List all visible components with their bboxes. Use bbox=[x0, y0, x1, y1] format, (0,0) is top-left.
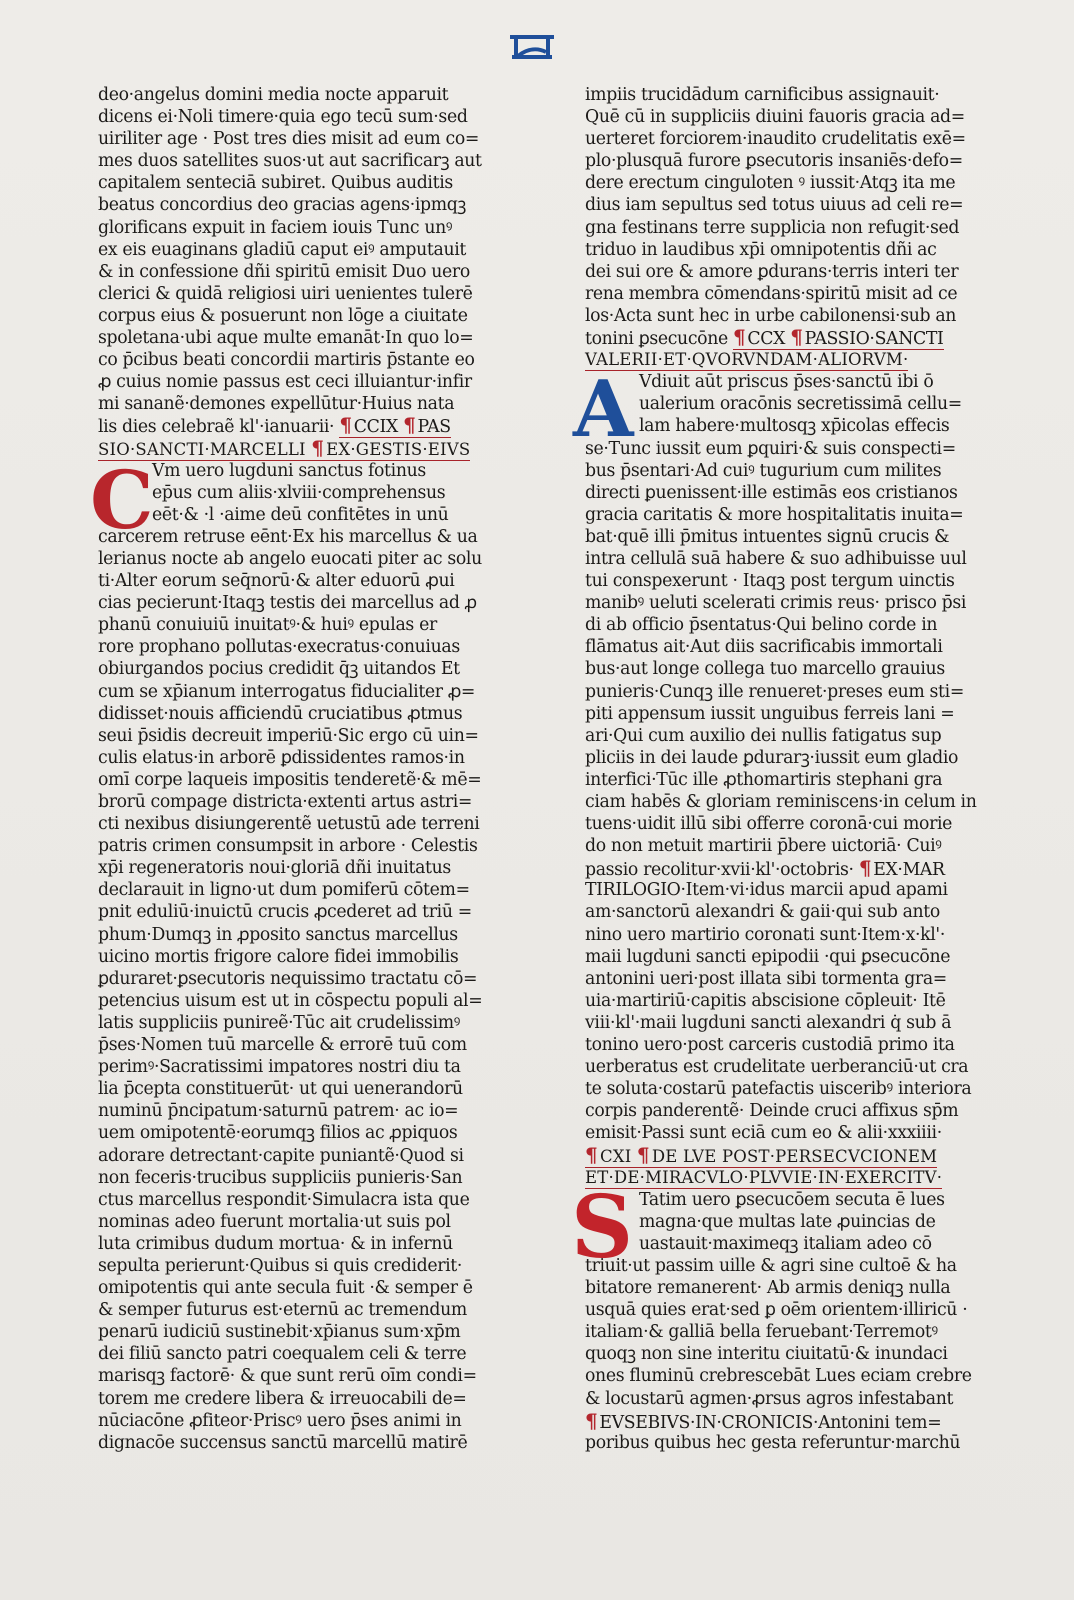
pilcrow-icon: ¶ bbox=[585, 1143, 598, 1167]
text-line: emisit·Passi sunt eciā cum eo & alii·xxx… bbox=[585, 1122, 985, 1144]
text-line: omī corpe laqueis impositis tenderetẽ·& … bbox=[98, 769, 494, 791]
text-line: bat·quē illi p̄mitus intuentes signū cru… bbox=[585, 526, 985, 548]
text-line: brorū compage districta·extenti artus as… bbox=[98, 791, 494, 813]
text-line: usquā quies erat·sed ꝑ oēm orientem·illi… bbox=[585, 1299, 985, 1321]
text-line: dignacōe succensus sanctū marcellū matir… bbox=[98, 1432, 494, 1454]
text-line: nino uero martirio coronati sunt·Item·x·… bbox=[585, 924, 985, 946]
text-line: plo·plusquā furore ꝑsecutoris insaniēs·d… bbox=[585, 150, 985, 172]
rubric-line: lis dies celebraẽ kl'·ianuarii· ¶CCIX ¶P… bbox=[98, 415, 494, 437]
text-line: di ab officio p̄sentatus·Qui belino cord… bbox=[585, 614, 985, 636]
text-line: eēt·& ·l ·aime deū confitētes in unū bbox=[98, 504, 494, 526]
chapter-title-cont: SIO·SANCTI·MARCELLI ¶EX·GESTIS·EIVS bbox=[98, 438, 470, 461]
text-line: corpus eius & posuerunt non lōge a ciuit… bbox=[98, 305, 494, 327]
text-line: marisqꝫ factorē· & que sunt rerū oīm con… bbox=[98, 1365, 494, 1387]
text-line: triduo in laudibus xp̄i omnipotentis dñi… bbox=[585, 239, 985, 261]
text-fragment: Antonini tem= bbox=[818, 1413, 941, 1433]
text-line: bitatore remanerent· Ab armis deniqꝫ nul… bbox=[585, 1277, 985, 1299]
text-line: Quē cū in suppliciis diuini fauoris grac… bbox=[585, 106, 985, 128]
text-line: torem me credere libera & irreuocabili d… bbox=[98, 1388, 494, 1410]
text-line: dei sui ore & amore ꝑdurans·terris inter… bbox=[585, 261, 985, 283]
text-line: tui conspexerunt · Itaqꝫ post tergum uin… bbox=[585, 570, 985, 592]
text-line: mi sananẽ·demones expellūtur·Huius nata bbox=[98, 393, 494, 415]
source-heading: EX·MAR bbox=[873, 860, 945, 880]
rubric-line: ET·DE·MIRACVLO·PLVVIE·IN·EXERCITV· bbox=[585, 1167, 985, 1189]
pilcrow-icon: ¶ bbox=[311, 436, 324, 460]
text-line: culis elatus·in arborē ꝑdissidentes ramo… bbox=[98, 747, 494, 769]
chapter-heading: ¶CCIX ¶PAS bbox=[339, 415, 450, 438]
text-line: uerberatus est crudelitate uerberanciū·u… bbox=[585, 1056, 985, 1078]
text-line: manibꝰ ueluti scelerati crimis reus· pri… bbox=[585, 592, 985, 614]
text-line: dere erectum cinguloten ꝰ iussit·Atqꝫ it… bbox=[585, 172, 985, 194]
text-line: ti·Alter eorum seq̄norū·& alter eduorū ꝓ… bbox=[98, 570, 494, 592]
text-line: directi ꝑuenissent·ille estimās eos cris… bbox=[585, 482, 985, 504]
text-line: tuens·uidit illū sibi offerre coronā·cui… bbox=[585, 813, 985, 835]
chapter-number: CCIX bbox=[354, 417, 398, 437]
initial-block: S Tatim uero ꝑsecucōem secuta ē lues mag… bbox=[585, 1189, 985, 1255]
text-line: interfici·Tūc ille ꝓthomartiris stephani… bbox=[585, 769, 985, 791]
text-line: seui p̄sidis decreuit imperiū·Sic ergo c… bbox=[98, 725, 494, 747]
text-line: & in confessione dñi spiritū emisit Duo … bbox=[98, 261, 494, 283]
chapter-title: PASSIO·SANCTI bbox=[805, 329, 944, 349]
text-line: lerianus nocte ab angelo euocati piter a… bbox=[98, 548, 494, 570]
text-line: numinū p̄ncipatum·saturnū patrem· ac io= bbox=[98, 1100, 494, 1122]
initial-block: A Vdiuit aūt priscus p̄ses·sanctū ibi ō … bbox=[585, 371, 985, 437]
text-line: bus p̄sentari·Ad cuiꝰ tugurium cum milit… bbox=[585, 460, 985, 482]
text-line: TIRILOGIO·Item·vi·idus marcii apud apami bbox=[585, 879, 985, 901]
text-line: dius iam sepultus sed totus uiuus ad cel… bbox=[585, 194, 985, 216]
text-line: deo·angelus domini media nocte apparuit bbox=[98, 84, 494, 106]
text-line: magna·que multas late ꝓuincias de bbox=[585, 1211, 985, 1233]
text-line: lia p̄cepta constituerūt· ut qui ueneran… bbox=[98, 1078, 494, 1100]
text-line: ex eis euaginans gladiū caput eiꝰ amputa… bbox=[98, 239, 494, 261]
text-line: viii·kl'·maii lugduni sancti alexandri q… bbox=[585, 1012, 985, 1034]
text-line: ari·Qui cum auxilio dei nullis fatigatus… bbox=[585, 725, 985, 747]
text-line: ꝑduraret·ꝑsecutoris nequissimo tractatu … bbox=[98, 968, 494, 990]
text-line: se·Tunc iussit eum ꝑquiri·& suis conspec… bbox=[585, 438, 985, 460]
text-line: xp̄i regeneratoris noui·gloriā dñi inuit… bbox=[98, 857, 494, 879]
text-line: phanū conuiuiū inuitatꝰ·& huiꝰ epulas er bbox=[98, 614, 494, 636]
text-line: ctus marcellus respondit·Simulacra ista … bbox=[98, 1189, 494, 1211]
text-line: patris crimen consumpsit in arbore · Cel… bbox=[98, 835, 494, 857]
pilcrow-icon: ¶ bbox=[859, 856, 871, 880]
text-line: italiam·& galliā bella feruebant·Terremo… bbox=[585, 1321, 985, 1343]
pilcrow-icon: ¶ bbox=[339, 413, 351, 437]
text-line: phum·Dumqꝫ in ꝓposito sanctus marcellus bbox=[98, 924, 494, 946]
rubric-line: ¶EVSEBIVS·IN·CRONICIS·Antonini tem= bbox=[585, 1410, 985, 1432]
left-column: deo·angelus domini media nocte apparuit … bbox=[98, 84, 494, 1454]
text-line: flāmatus ait·Aut diis sacrificabis immor… bbox=[585, 636, 985, 658]
text-line: ualerium oracōnis secretissimā cellu= bbox=[585, 393, 985, 415]
text-line: carcerem retruse eēnt·Ex his marcellus &… bbox=[98, 526, 494, 548]
chapter-title-cont: ET·DE·MIRACVLO·PLVVIE·IN·EXERCITV· bbox=[585, 1168, 942, 1189]
text-line: gna festinans terre supplicia non refugi… bbox=[585, 217, 985, 239]
text-line: maii lugduni sancti epipodii ·qui ꝑsecuc… bbox=[585, 946, 985, 968]
blue-paragraph-mark-icon bbox=[508, 34, 556, 60]
text-line: capitalem senteciā subiret. Quibus audit… bbox=[98, 172, 494, 194]
text-line: penarū iudiciū sustinebit·xp̄ianus sum·x… bbox=[98, 1321, 494, 1343]
text-line: obiurgandos pocius credidit q̄ꝫ uitandos… bbox=[98, 658, 494, 680]
text-line: lam habere·multosqꝫ xp̄icolas effecis bbox=[585, 415, 985, 437]
chapter-heading: ¶CCX ¶PASSIO·SANCTI bbox=[733, 327, 943, 350]
text-line: ones fluminū crebrescebāt Lues eciam cre… bbox=[585, 1365, 985, 1387]
text-line: didisset·nouis afficiendū cruciatibus ꝓt… bbox=[98, 703, 494, 725]
chapter-number: CXI bbox=[600, 1147, 632, 1166]
pilcrow-icon: ¶ bbox=[733, 325, 745, 349]
text-line: cum se xp̄ianum interrogatus fiducialite… bbox=[98, 681, 494, 703]
pilcrow-icon: ¶ bbox=[585, 1409, 597, 1433]
text-line: corpis panderentẽ· Deinde cruci affixus … bbox=[585, 1100, 985, 1122]
text-line: poribus quibus hec gesta referuntur·marc… bbox=[585, 1432, 985, 1454]
text-line: adorare detrectant·capite puniantẽ·Quod … bbox=[98, 1145, 494, 1167]
text-line: los·Acta sunt hec in urbe cabilonensi·su… bbox=[585, 305, 985, 327]
text-line: mes duos satellites suos·ut aut sacrific… bbox=[98, 150, 494, 172]
text-line: ciam habēs & gloriam reminiscens·in celu… bbox=[585, 791, 985, 813]
text-line: declarauit in ligno·ut dum pomiferū cōte… bbox=[98, 879, 494, 901]
text-line: Vdiuit aūt priscus p̄ses·sanctū ibi ō bbox=[585, 371, 985, 393]
text-line: Vm uero lugduni sanctus fotinus bbox=[98, 460, 494, 482]
text-line: tonino uero·post carceris custodiā primo… bbox=[585, 1034, 985, 1056]
chapter-title: PAS bbox=[417, 417, 450, 437]
rubric-line: passio recolitur·xvii·kl'·octobris· ¶EX·… bbox=[585, 857, 985, 879]
text-line: uiriliter age · Post tres dies misit ad … bbox=[98, 128, 494, 150]
text-line: antonini ueri·post illata sibi tormenta … bbox=[585, 968, 985, 990]
red-initial-s: S bbox=[571, 1185, 633, 1271]
pilcrow-icon: ¶ bbox=[790, 325, 802, 349]
text-line: omipotentis qui ante secula fuit ·& semp… bbox=[98, 1277, 494, 1299]
chapter-number: CCX bbox=[747, 329, 785, 349]
text-line: do non metuit martirii p̄bere uictoriā· … bbox=[585, 835, 985, 857]
text-line: nominas adeo fuerunt mortalia·ut suis po… bbox=[98, 1211, 494, 1233]
text-line: Tatim uero ꝑsecucōem secuta ē lues bbox=[585, 1189, 985, 1211]
text-line: dei filiū sancto patri coequalem celi & … bbox=[98, 1343, 494, 1365]
text-fragment: lis dies celebraẽ kl'·ianuarii· bbox=[98, 417, 334, 437]
text-line: piti appensum iussit unguibus ferreis la… bbox=[585, 703, 985, 725]
rubric-line: SIO·SANCTI·MARCELLI ¶EX·GESTIS·EIVS bbox=[98, 438, 494, 460]
text-line: & locustarū agmen·ꝓrsus agros infestaban… bbox=[585, 1388, 985, 1410]
text-line: bus·aut longe collega tuo marcello graui… bbox=[585, 658, 985, 680]
text-line: dicens ei·Noli timere·quia ego tecū sum·… bbox=[98, 106, 494, 128]
text-line: nūciacōne ꝓfiteor·Priscꝰ uero p̄ses anim… bbox=[98, 1410, 494, 1432]
text-line: petencius uisum est ut in cōspectu popul… bbox=[98, 990, 494, 1012]
text-line: uicino mortis frigore calore fidei immob… bbox=[98, 946, 494, 968]
text-fragment: passio recolitur·xvii·kl'·octobris· bbox=[585, 860, 854, 880]
text-line: uem omipotentē·eorumqꝫ filios ac ꝓpiquos bbox=[98, 1122, 494, 1144]
text-line: quoqꝫ non sine interitu ciuitatū·& inund… bbox=[585, 1343, 985, 1365]
text-line: rore prophano pollutas·execratus·conuiua… bbox=[98, 636, 494, 658]
text-line: uia·martiriū·capitis abscisione cōpleuit… bbox=[585, 990, 985, 1012]
text-line: impiis trucidādum carnificibus assignaui… bbox=[585, 84, 985, 106]
red-initial-c: C bbox=[90, 460, 154, 540]
text-line: gracia caritatis & more hospitalitatis i… bbox=[585, 504, 985, 526]
text-line: punieris·Cunqꝫ ille renueret·preses eum … bbox=[585, 681, 985, 703]
text-line: beatus concordius deo gracias agens·ipmq… bbox=[98, 194, 494, 216]
text-line: sepulta perierunt·Quibus si quis credide… bbox=[98, 1255, 494, 1277]
text-line: perimꝰ·Sacratissimi impatores nostri diu… bbox=[98, 1056, 494, 1078]
text-line: triuit·ut passim uille & agri sine culto… bbox=[585, 1255, 985, 1277]
rubric-line: VALERII·ET·QVORVNDAM·ALIORVM· bbox=[585, 349, 985, 371]
text-line: ꝓ cuius nomie passus est ceci illuiantur… bbox=[98, 371, 494, 393]
blue-initial-a: A bbox=[573, 371, 634, 449]
text-line: p̄ses·Nomen tuū marcelle & errorē tuū co… bbox=[98, 1034, 494, 1056]
text-line: latis suppliciis punireẽ·Tūc ait crudeli… bbox=[98, 1012, 494, 1034]
chapter-heading: ¶CXI ¶DE LVE POST·PERSECVCIONEM bbox=[585, 1145, 937, 1168]
text-line: uastauit·maximeqꝫ italiam adeo cō bbox=[585, 1233, 985, 1255]
text-line: ep̄us cum aliis·xlviii·comprehensus bbox=[98, 482, 494, 504]
chapter-title: DE LVE POST·PERSECVCIONEM bbox=[652, 1147, 937, 1166]
initial-block: C Vm uero lugduni sanctus fotinus ep̄us … bbox=[98, 460, 494, 526]
text-line: cti nexibus disiungerentẽ uetustū ade te… bbox=[98, 813, 494, 835]
incunable-page: deo·angelus domini media nocte apparuit … bbox=[0, 0, 1074, 1600]
text-line: uerteret forciorem·inaudito crudelitatis… bbox=[585, 128, 985, 150]
text-line: & semper futurus est·eternū ac tremendum bbox=[98, 1299, 494, 1321]
text-line: rena membra cōmendans·spiritū misit ad c… bbox=[585, 283, 985, 305]
text-line: co p̄cibus beati concordii martiris p̄st… bbox=[98, 349, 494, 371]
text-line: clerici & quidā religiosi uiri uenientes… bbox=[98, 283, 494, 305]
text-line: te soluta·costarū patefactis uisceribꝰ i… bbox=[585, 1078, 985, 1100]
pilcrow-icon: ¶ bbox=[637, 1143, 650, 1167]
rubric-line: tonini ꝑsecucōne ¶CCX ¶PASSIO·SANCTI bbox=[585, 327, 985, 349]
text-line: am·sanctorū alexandri & gaii·qui sub ant… bbox=[585, 901, 985, 923]
text-line: cias pecierunt·Itaqꝫ testis dei marcellu… bbox=[98, 592, 494, 614]
text-line: pnit eduliū·inuictū crucis ꝓcederet ad t… bbox=[98, 901, 494, 923]
text-line: intra cellulā suā habere & suo adhibuiss… bbox=[585, 548, 985, 570]
text-fragment: tonini ꝑsecucōne bbox=[585, 329, 728, 349]
text-line: luta crimibus dudum mortua· & in infernū bbox=[98, 1233, 494, 1255]
right-column: impiis trucidādum carnificibus assignaui… bbox=[585, 84, 985, 1454]
text-line: spoletana·ubi aque multe emanāt·In quo l… bbox=[98, 327, 494, 349]
text-line: pliciis in dei laude ꝑdurarꝫ·iussit eum … bbox=[585, 747, 985, 769]
pilcrow-icon: ¶ bbox=[403, 413, 415, 437]
rubric-line: ¶CXI ¶DE LVE POST·PERSECVCIONEM bbox=[585, 1145, 985, 1167]
text-line: glorificans expuit in faciem iouis Tunc … bbox=[98, 217, 494, 239]
chapter-source: EX·GESTIS·EIVS bbox=[326, 440, 470, 459]
source-heading: EVSEBIVS·IN·CRONICIS· bbox=[599, 1413, 818, 1433]
text-line: non feceris·trucibus suppliciis punieris… bbox=[98, 1167, 494, 1189]
